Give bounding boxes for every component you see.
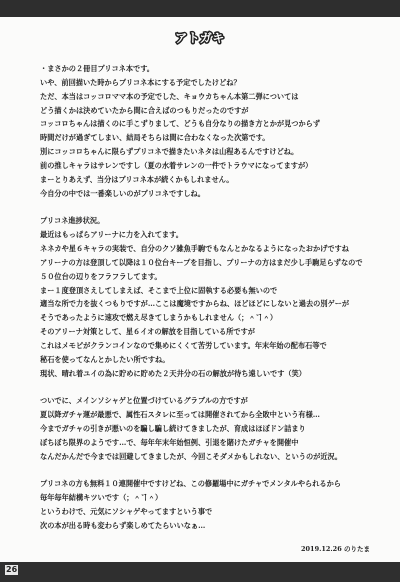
page-title: アトガキ bbox=[0, 29, 400, 46]
text-line: というわけで、元気にソシャゲやってますという事で bbox=[40, 505, 385, 519]
text-line: どう描くかは決めていたから間に合えばのつもりだったのですが bbox=[40, 104, 385, 118]
paragraph: プリコネの方も無料１０連開催中ですけどね、この修羅場中にガチャでメンタルやられる… bbox=[40, 477, 385, 532]
scan-top-border bbox=[0, 0, 400, 17]
text-line: コッコロちゃんは描くのに手こずりまして、どうも自分なりの描き方とかが見つからず bbox=[40, 117, 385, 131]
text-line: アリーナの方は登頂して以降は１０位台キープを目指し、プリーナの方はまだ少し手駒足… bbox=[40, 256, 385, 270]
text-line: 前の推しキャラはサレンですし（夏の水着サレンの一件でトラウマになってますが） bbox=[40, 159, 385, 173]
text-line: そのアリーナ対策として、星６イオの解放を目指している所ですが bbox=[40, 325, 385, 339]
paragraph-gap bbox=[40, 380, 385, 394]
text-line: ついでに、メインソシャゲと位置づけているグラブルの方ですが bbox=[40, 394, 385, 408]
text-line: 毎年毎年結構キツいです（；＾ヿ＾） bbox=[40, 491, 385, 505]
text-line: まー１度登頂さえしてしまえば、そこまで上位に固執する必要も無いので bbox=[40, 284, 385, 298]
text-line: プリコネの方も無料１０連開催中ですけどね、この修羅場中にガチャでメンタルやられる… bbox=[40, 477, 385, 491]
scan-bottom-border: 26 bbox=[0, 562, 400, 582]
text-line: ぼちぼち限界のようです…で、毎年年末年始恒例、引退を賭けたガチャを開催中 bbox=[40, 436, 385, 450]
signature-date: 2019.12.26 のりたま bbox=[301, 544, 370, 553]
text-line: なんだかんだで今までは回避してきましたが、今回こそダメかもしれない、というのが近… bbox=[40, 450, 385, 464]
text-line: ５０位台の辺りをフラフラしてます。 bbox=[40, 270, 385, 284]
text-line: 今自分の中では一番楽しいのがプリコネですしね。 bbox=[40, 187, 385, 201]
text-line: 次の本が出る時も変わらず楽しめてたらいいなぁ… bbox=[40, 519, 385, 533]
text-line: 現状、晴れ着ユイの為に貯めに貯めた２天井分の石の解放が待ち遠しいです（笑） bbox=[40, 367, 385, 381]
afterword-page: アトガキ ・まさかの２冊目プリコネ本です。いや、前回描いた時からプリコネ本にする… bbox=[0, 17, 400, 562]
paragraph-gap bbox=[40, 200, 385, 214]
text-line: 最近はもっぱらアリーナに力を入れてます。 bbox=[40, 228, 385, 242]
text-line: 夏以降ガチャ運が最悪で、属性石スタレに至っては開催されてから全敗中という有様… bbox=[40, 408, 385, 422]
page-number: 26 bbox=[5, 565, 18, 575]
text-line: まーとりあえず、当分はプリコネ本が続くかもしれません。 bbox=[40, 173, 385, 187]
paragraph: プリコネ進捗状況。最近はもっぱらアリーナに力を入れてます。ネネカや星６キャラの実… bbox=[40, 214, 385, 380]
text-line: 別にコッコロちゃんに限らずプリコネで描きたいネタは山程あるんですけどね。 bbox=[40, 145, 385, 159]
text-line: ・まさかの２冊目プリコネ本です。 bbox=[40, 62, 385, 76]
text-line: 適当な所で力を抜くつもりですが…ここは魔境ですからね、ほどほどにしないと過去の別… bbox=[40, 297, 385, 311]
text-line: これはメモピがクランコインなので集めにくくて苦労しています。年末年始の配布石等で bbox=[40, 339, 385, 353]
paragraph-gap bbox=[40, 463, 385, 477]
text-line: 時間だけが過ぎてしまい、結局そちらは間に合わなくなった次第です。 bbox=[40, 131, 385, 145]
text-line: ネネカや星６キャラの実装で、自分のクソ雑魚手駒でもなんとかなるようになったおかげ… bbox=[40, 242, 385, 256]
paragraph: ついでに、メインソシャゲと位置づけているグラブルの方ですが夏以降ガチャ運が最悪で… bbox=[40, 394, 385, 463]
text-line: いや、前回描いた時からプリコネ本にする予定でしたけどね？ bbox=[40, 76, 385, 90]
text-line: 今までガチャの引きが悪いのを騙し騙し続けてきましたが、育成はほぼドン詰まり bbox=[40, 422, 385, 436]
text-line: プリコネ進捗状況。 bbox=[40, 214, 385, 228]
text-line: ただ、本当はコッコロママ本の予定でした、キョウカちゃん本第二弾については bbox=[40, 90, 385, 104]
text-line: そうであったように速攻で燃え尽きてしまうかもしれません（；＾ヿ＾） bbox=[40, 311, 385, 325]
paragraph: ・まさかの２冊目プリコネ本です。いや、前回描いた時からプリコネ本にする予定でした… bbox=[40, 62, 385, 200]
afterword-body: ・まさかの２冊目プリコネ本です。いや、前回描いた時からプリコネ本にする予定でした… bbox=[40, 62, 385, 533]
text-line: 秘石を使ってなんとかしたい所ですね。 bbox=[40, 353, 385, 367]
